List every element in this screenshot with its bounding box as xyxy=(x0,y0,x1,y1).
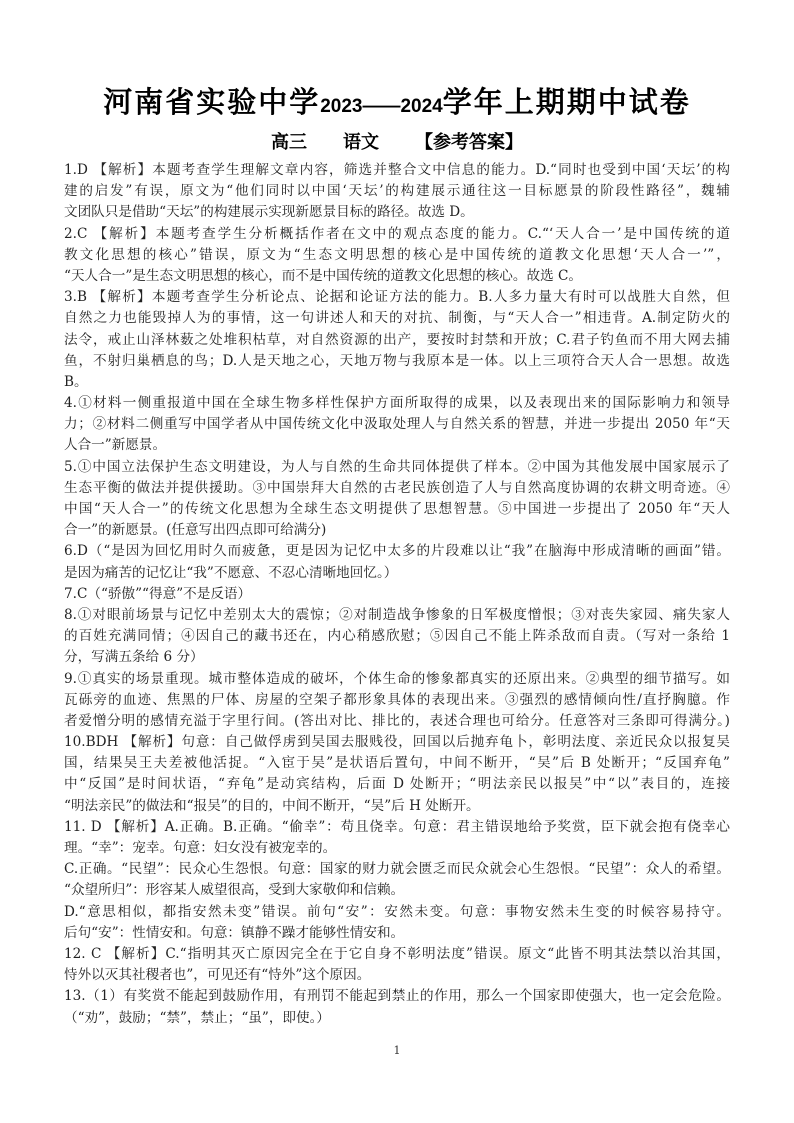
title-suffix: 学年上期期中试卷 xyxy=(443,85,691,119)
text-line: 鱼，不射归巢栖息的鸟；D.人是天地之心，天地万物与我原本是一体。以上三项符合天人… xyxy=(64,351,730,372)
text-line: “明法亲民”的做法和“报吴”的目的，中间不断开，“吴”后 H 处断开。 xyxy=(64,796,730,817)
text-line: 是因为痛苦的记忆让“我”不愿意、不忍心清晰地回忆。） xyxy=(64,563,730,584)
text-line: C.正确。“民望”：民众心生怨恨。句意：国家的财力就会匮乏而民众就会心生怨恨。“… xyxy=(64,859,730,880)
title-years: 2023——2024 xyxy=(320,96,443,117)
text-line: 建的启发”有误，原文为“他们同时以中国‘天坛’的构建展示通往这一目标愿景的阶段性… xyxy=(64,181,730,202)
text-line: 国，结果吴王夫差被他活捉。“入宦于吴”是状语后置句，中间不断开，“吴”后 B 处… xyxy=(64,753,730,774)
text-line: 11. D 【解析】A.正确。B.正确。“偷幸”：苟且侥幸。句意：君主错误地给予… xyxy=(64,817,730,838)
text-line: 2.C 【解析】本题考查学生分析概括作者在文中的观点态度的能力。C.“‘天人合一… xyxy=(64,224,730,245)
text-line: 后句“安”：性情安和。句意：镇静不躁才能够性情安和。 xyxy=(64,923,730,944)
text-line: 13.（1）有奖赏不能起到鼓励作用，有刑罚不能起到禁止的作用，那么一个国家即使强… xyxy=(64,986,730,1007)
text-line: 人合一”新愿景。 xyxy=(64,435,730,456)
text-line: “众望所归”：形容某人威望很高，受到大家敬仰和信赖。 xyxy=(64,880,730,901)
text-line: 8.①对眼前场景与记忆中差别太大的震惊；②对制造战争惨象的日军极度憎恨；③对丧失… xyxy=(64,605,730,626)
text-line: 文团队只是借助“天坛”的构建展示实现新愿景目标的路径。故选 D。 xyxy=(64,202,730,223)
text-line: D.“意思相似，都指安然未变”错误。前句“安”：安然未变。句意：事物安然未生变的… xyxy=(64,902,730,923)
document-subtitle: 高三语文【参考答案】 xyxy=(0,128,794,154)
text-line: 1.D 【解析】本题考查学生理解文章内容，筛选并整合文中信息的能力。D.“同时也… xyxy=(64,160,730,181)
text-line: 7.C（“骄傲”“得意”不是反语） xyxy=(64,584,730,605)
text-line: 3.B 【解析】本题考查学生分析论点、论据和论证方法的能力。B.人多力量大有时可… xyxy=(64,287,730,308)
page-number: 1 xyxy=(0,1044,794,1057)
text-line: 教文化思想的核心”错误，原文为“生态文明思想的核心是中国传统的道教文化思想‘天人… xyxy=(64,245,730,266)
text-line: 9.①真实的场景重现。城市整体造成的破坏，个体生命的惨象都真实的还原出来。②典型… xyxy=(64,669,730,690)
text-line: 10.BDH 【解析】句意：自己做俘虏到吴国去服贱役，回国以后抛弃龟卜，彰明法度… xyxy=(64,732,730,753)
text-line: （“劝”，鼓励；“禁”，禁止；“虽”，即使。） xyxy=(64,1008,730,1029)
subtitle-grade: 高三 xyxy=(271,128,307,154)
document-title: 河南省实验中学2023——2024学年上期期中试卷 xyxy=(0,80,794,121)
text-line: 者爱憎分明的感情充溢于字里行间。(答出对比、排比的，表述合理也可给分。任意答对三… xyxy=(64,711,730,732)
text-line: 合一”的新愿景。(任意写出四点即可给满分) xyxy=(64,520,730,541)
text-line: 生态平衡的做法并提供援助。③中国崇拜大自然的古老民族创造了人与自然高度协调的农耕… xyxy=(64,478,730,499)
text-line: 12. C 【解析】C.“指明其灭亡原因完全在于它自身不彰明法度”错误。原文“此… xyxy=(64,944,730,965)
answer-body: 1.D 【解析】本题考查学生理解文章内容，筛选并整合文中信息的能力。D.“同时也… xyxy=(64,160,730,1029)
text-line: 力；②材料二侧重写中国学者从中国传统文化中汲取处理人与自然关系的智慧，并进一步提… xyxy=(64,414,730,435)
text-line: 瓦砾旁的血迹、焦黑的尸体、房屋的空架子都形象具体的表现出来。③强烈的感情倾向性/… xyxy=(64,690,730,711)
text-line: 理。“幸”：宠幸。句意：妇女没有被宠幸的。 xyxy=(64,838,730,859)
text-line: 分，写满五条给 6 分） xyxy=(64,647,730,668)
document-page: 河南省实验中学2023——2024学年上期期中试卷 高三语文【参考答案】 1.D… xyxy=(0,0,794,1123)
text-line: 6.D（“是因为回忆用时久而疲惫，更是因为记忆中太多的片段难以让“我”在脑海中形… xyxy=(64,541,730,562)
text-line: 中国“天人合一”的传统文化思想为全球生态文明提供了思想智慧。⑤中国进一步提出了 … xyxy=(64,499,730,520)
text-line: 恃外以灭其社稷者也”，可见还有“恃外”这个原因。 xyxy=(64,965,730,986)
text-line: 中“反国”是时间状语，“弃龟”是动宾结构，后面 D 处断开；“明法亲民以报吴”中… xyxy=(64,774,730,795)
text-line: 4.①材料一侧重报道中国在全球生物多样性保护方面所取得的成果，以及表现出来的国际… xyxy=(64,393,730,414)
title-prefix: 河南省实验中学 xyxy=(103,85,320,119)
text-line: 自然之力也能毁掉人为的事情，这一句讲述人和天的对抗、制衡，与“天人合一”相违背。… xyxy=(64,308,730,329)
text-line: “天人合一”是生态文明思想的核心，而不是中国传统的道教文化思想的核心。故选 C。 xyxy=(64,266,730,287)
text-line: B。 xyxy=(64,372,730,393)
text-line: 5.①中国立法保护生态文明建设，为人与自然的生命共同体提供了样本。②中国为其他发… xyxy=(64,457,730,478)
text-line: 法令，戒止山泽林薮之处堆积枯草，对自然资源的出产，要按时封禁和开放；C.君子钓鱼… xyxy=(64,330,730,351)
subtitle-label: 【参考答案】 xyxy=(415,128,523,154)
text-line: 的百姓充满同情；④因自己的藏书还在，内心稍感欣慰；⑤因自己不能上阵杀敌而自责。（… xyxy=(64,626,730,647)
subtitle-subject: 语文 xyxy=(343,128,379,154)
